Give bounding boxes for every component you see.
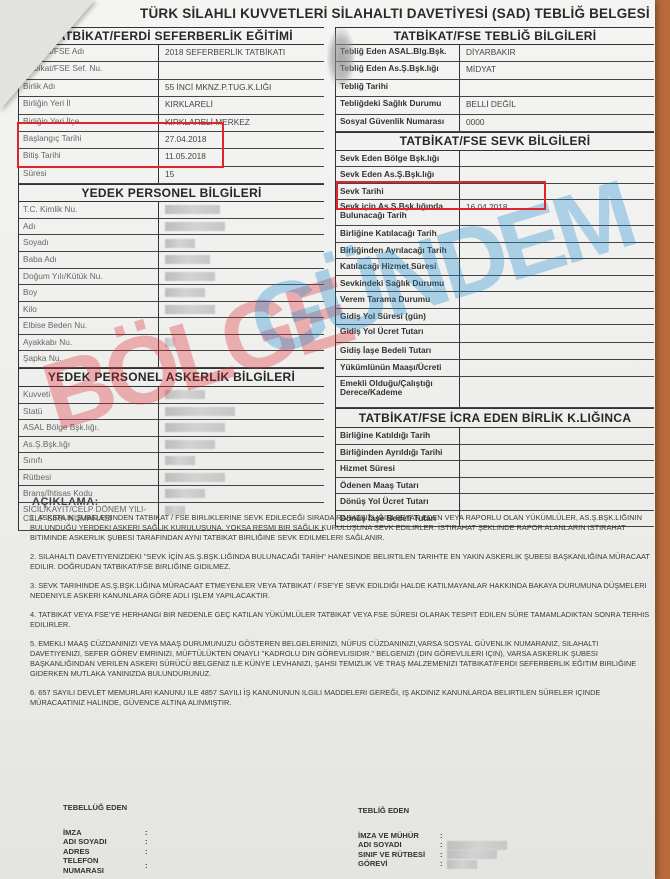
redacted-value	[447, 860, 477, 869]
field-label: Adı	[19, 219, 159, 235]
form-row: Tebliğ Tarihi	[336, 80, 654, 97]
field-value	[159, 202, 324, 218]
field-label: Şapka Nu.	[19, 351, 159, 367]
field-label: Doğum Yılı/Kütük Nu.	[19, 269, 159, 285]
signature-field-value	[152, 856, 156, 875]
field-label: Birliğinden Ayrıldığı Tarihi	[336, 445, 460, 461]
field-value	[460, 478, 654, 494]
signature-field: GÖREVİ:	[358, 859, 511, 869]
field-label: Baba Adı	[19, 252, 159, 268]
signature-field-value	[447, 831, 511, 841]
field-value: 2018 SEFERBERLİK TATBİKATI	[159, 45, 324, 61]
field-label: Yükümlünün Maaşı/Ücreti	[336, 360, 460, 376]
redacted-value	[165, 456, 195, 465]
signature-field-value	[447, 859, 511, 869]
field-label: Katılacağı Hizmet Süresi	[336, 259, 460, 275]
field-label: Statü	[19, 404, 159, 420]
field-value	[159, 351, 324, 367]
form-row: Ödenen Maaş Tutarı	[336, 478, 654, 495]
field-label: Sevkindeki Sağlık Durumu	[336, 276, 460, 292]
field-label: Süresi	[19, 167, 159, 183]
section-title-unit: TATBİKAT/FSE İCRA EDEN BİRLİK K.LIĞINCA	[336, 408, 654, 428]
redacted-value	[165, 222, 225, 231]
redacted-value	[447, 841, 507, 850]
explanation-section: AÇIKLAMA: 1. Askerlik şubelerinden tatbi…	[22, 497, 652, 717]
field-value	[460, 343, 654, 359]
signature-field-value	[447, 850, 511, 860]
field-value	[159, 252, 324, 268]
field-label: Kuvveti	[19, 387, 159, 403]
redacted-value	[165, 390, 205, 399]
form-row: Tebliğ Eden ASAL.Blg.Bşk.DİYARBAKIR	[336, 45, 654, 62]
form-row: Sınıfı	[19, 453, 324, 470]
explanation-item: 4. Tatbikat veya FSE'ye herhangi bir ned…	[30, 610, 652, 630]
signature-field-label: İMZA VE MÜHÜR	[358, 831, 440, 841]
section-title-notice: TATBİKAT/FSE TEBLİĞ BİLGİLERİ	[336, 27, 654, 45]
field-value: DİYARBAKIR	[460, 45, 654, 61]
form-row: Soyadı	[19, 235, 324, 252]
field-value	[159, 62, 324, 78]
signature-field-value	[152, 837, 156, 847]
field-label: Birliğinden Ayrılacağı Tarih	[336, 243, 460, 259]
section-title-dispatch: TATBİKAT/FSE SEVK BİLGİLERİ	[336, 132, 654, 151]
field-label: ASAL Bölge Bşk.lığı.	[19, 420, 159, 436]
signature-field-value	[447, 840, 511, 850]
field-value	[460, 360, 654, 376]
issuer-title: TEBLİĞ EDEN	[358, 806, 511, 816]
field-value	[159, 470, 324, 486]
signature-field: İMZA VE MÜHÜR:	[358, 831, 511, 841]
field-label: T.C. Kimlik Nu.	[19, 202, 159, 218]
highlight-training-dates	[17, 122, 224, 168]
field-value	[460, 292, 654, 308]
explanation-item: 3. Sevk tarihinde As.Ş.Bşk.lığına müraca…	[30, 581, 652, 601]
field-value: MİDYAT	[460, 62, 654, 78]
issuer-signature-block: TEBLİĞ EDEN İMZA VE MÜHÜR:ADI SOYADI:SIN…	[358, 806, 511, 869]
redacted-value	[447, 850, 497, 859]
form-row: Katılacağı Hizmet Süresi	[336, 259, 654, 276]
emblem-stamp	[327, 28, 355, 88]
field-label: Gidiş Yol Süresi (gün)	[336, 309, 460, 325]
field-label: Boy	[19, 285, 159, 301]
form-row: ASAL Bölge Bşk.lığı.	[19, 420, 324, 437]
form-row: Gidiş Yol Ücret Tutarı	[336, 325, 654, 343]
field-value	[159, 318, 324, 334]
signature-field-label: ADI SOYADI	[358, 840, 440, 850]
field-value	[159, 302, 324, 318]
redacted-value	[165, 205, 220, 214]
form-row: Emekli Olduğu/Çalıştığı Derece/Kademe	[336, 377, 654, 408]
field-label: Gidiş Yol Ücret Tutarı	[336, 325, 460, 342]
field-value	[460, 276, 654, 292]
signature-field-value	[152, 847, 156, 857]
field-value	[159, 387, 324, 403]
form-row: Birliğine Katılacağı Tarih	[336, 226, 654, 243]
form-row: Doğum Yılı/Kütük Nu.	[19, 269, 324, 286]
field-label: Sosyal Güvenlik Numarası	[336, 115, 460, 131]
field-label: Soyadı	[19, 235, 159, 251]
document-title: TÜRK SİLAHLI KUVVETLERİ SİLAHALTI DAVETİ…	[140, 6, 650, 21]
field-label: Sevk Eden Bölge Bşk.lığı	[336, 151, 460, 167]
signature-field: ADI SOYADI:	[358, 840, 511, 850]
right-column: TATBİKAT/FSE TEBLİĞ BİLGİLERİ Tebliğ Ede…	[335, 27, 654, 527]
form-row: Rütbesi	[19, 470, 324, 487]
field-label: Ayakkabı Nu.	[19, 335, 159, 351]
redacted-value	[165, 255, 210, 264]
personnel-rows: T.C. Kimlik Nu.AdıSoyadıBaba AdıDoğum Yı…	[19, 202, 324, 368]
form-row: Ayakkabı Nu.	[19, 335, 324, 352]
form-row: Elbise Beden Nu.	[19, 318, 324, 335]
explanation-item: 1. Askerlik şubelerinden tatbikat / FSE …	[30, 513, 652, 543]
form-row: Tebliğ Eden As.Ş.Bşk.lığıMİDYAT	[336, 62, 654, 79]
field-value	[460, 226, 654, 242]
field-label: As.Ş.Bşk.lığı	[19, 437, 159, 453]
signature-field-label: GÖREVİ	[358, 859, 440, 869]
redacted-value	[165, 473, 225, 482]
form-row: Hizmet Süresi	[336, 461, 654, 478]
redacted-value	[165, 423, 225, 432]
form-row: Sevk Eden Bölge Bşk.lığı	[336, 151, 654, 168]
signature-field-label: TELEFON NUMARASI	[63, 856, 145, 875]
explanation-title: AÇIKLAMA:	[32, 497, 652, 507]
explanation-items: 1. Askerlik şubelerinden tatbikat / FSE …	[22, 513, 652, 708]
field-label: Kilo	[19, 302, 159, 318]
field-value: 55 İNCİ MKNZ.P.TUG.K.LIĞI	[159, 80, 324, 96]
form-row: Şapka Nu.	[19, 351, 324, 368]
field-value	[460, 309, 654, 325]
explanation-item: 6. 657 sayılı Devlet Memurları Kanunu il…	[30, 688, 652, 708]
signature-field-label: SINIF VE RÜTBESİ	[358, 850, 440, 860]
field-value	[460, 80, 654, 96]
signature-field-label: ADI SOYADI	[63, 837, 145, 847]
form-row: T.C. Kimlik Nu.	[19, 202, 324, 219]
field-label: Rütbesi	[19, 470, 159, 486]
field-value	[460, 428, 654, 444]
field-value	[460, 259, 654, 275]
field-value	[159, 420, 324, 436]
signature-field: ADRES:	[63, 847, 156, 857]
field-value	[460, 445, 654, 461]
issuer-fields: İMZA VE MÜHÜR:ADI SOYADI:SINIF VE RÜTBES…	[358, 831, 511, 869]
field-value	[159, 404, 324, 420]
signature-field-label: İMZA	[63, 828, 145, 838]
field-label: Birliğine Katıldığı Tarih	[336, 428, 460, 444]
field-value	[460, 377, 654, 407]
signature-field: İMZA:	[63, 828, 156, 838]
field-value	[159, 437, 324, 453]
signature-field: TELEFON NUMARASI:	[63, 856, 156, 875]
form-row: Baba Adı	[19, 252, 324, 269]
section-title-military: YEDEK PERSONEL ASKERLİK BİLGİLERİ	[19, 368, 324, 387]
field-value: BELLİ DEĞİL	[460, 97, 654, 113]
form-row: Birliğine Katıldığı Tarih	[336, 428, 654, 445]
form-row: Gidiş İaşe Bedeli Tutarı	[336, 343, 654, 360]
folded-corner	[0, 0, 95, 110]
field-value	[460, 461, 654, 477]
form-row: Sevkindeki Sağlık Durumu	[336, 276, 654, 293]
form-row: Yükümlünün Maaşı/Ücreti	[336, 360, 654, 377]
highlight-report-date	[336, 181, 546, 210]
field-label: Birliğine Katılacağı Tarih	[336, 226, 460, 242]
redacted-value	[165, 338, 175, 347]
field-value	[460, 325, 654, 342]
form-row: Süresi15	[19, 167, 324, 184]
explanation-item: 2. Silahaltı davetiyenizdeki "SEVK İÇİN …	[30, 552, 652, 572]
signature-field-label: ADRES	[63, 847, 145, 857]
field-value: 15	[159, 167, 324, 183]
explanation-item: 5. Emekli maaş cüzdanınızı veya maaş dur…	[30, 639, 652, 679]
section-title-personnel: YEDEK PERSONEL BİLGİLERİ	[19, 184, 324, 202]
form-row: Verem Tarama Durumu	[336, 292, 654, 309]
form-row: Adı	[19, 219, 324, 236]
redacted-value	[165, 440, 215, 449]
form-row: Statü	[19, 404, 324, 421]
signature-field-value	[152, 828, 156, 838]
field-label: Emekli Olduğu/Çalıştığı Derece/Kademe	[336, 377, 460, 407]
signature-field: ADI SOYADI:	[63, 837, 156, 847]
notice-rows: Tebliğ Eden ASAL.Blg.Bşk.DİYARBAKIRTebli…	[336, 45, 654, 132]
field-value	[460, 151, 654, 167]
redacted-value	[165, 407, 235, 416]
receiver-title: TEBELLÜĞ EDEN	[63, 803, 156, 813]
field-label: Ödenen Maaş Tutarı	[336, 478, 460, 494]
field-value	[159, 269, 324, 285]
redacted-value	[165, 239, 195, 248]
form-row: Tebliğdeki Sağlık DurumuBELLİ DEĞİL	[336, 97, 654, 114]
field-value: 0000	[460, 115, 654, 131]
field-value	[159, 235, 324, 251]
form-row: Kilo	[19, 302, 324, 319]
form-row: Sosyal Güvenlik Numarası0000	[336, 115, 654, 132]
form-row: Kuvveti	[19, 387, 324, 404]
form-row: Boy	[19, 285, 324, 302]
field-label: Hizmet Süresi	[336, 461, 460, 477]
form-row: Gidiş Yol Süresi (gün)	[336, 309, 654, 326]
form-row: Birliğinden Ayrılacağı Tarih	[336, 243, 654, 260]
field-value: KIRKLARELİ	[159, 97, 324, 113]
field-value	[159, 219, 324, 235]
receiver-fields: İMZA:ADI SOYADI:ADRES:TELEFON NUMARASI:	[63, 828, 156, 876]
field-label: Tebliğdeki Sağlık Durumu	[336, 97, 460, 113]
field-value	[159, 453, 324, 469]
signature-field: SINIF VE RÜTBESİ:	[358, 850, 511, 860]
field-value	[460, 243, 654, 259]
field-label: Gidiş İaşe Bedeli Tutarı	[336, 343, 460, 359]
form-row: Birliğinden Ayrıldığı Tarihi	[336, 445, 654, 462]
receiver-signature-block: TEBELLÜĞ EDEN İMZA:ADI SOYADI:ADRES:TELE…	[63, 803, 156, 875]
field-value	[159, 285, 324, 301]
redacted-value	[165, 288, 205, 297]
notification-document: TÜRK SİLAHLI KUVVETLERİ SİLAHALTI DAVETİ…	[0, 0, 655, 879]
form-row: As.Ş.Bşk.lığı	[19, 437, 324, 454]
field-label: Verem Tarama Durumu	[336, 292, 460, 308]
field-label: Elbise Beden Nu.	[19, 318, 159, 334]
redacted-value	[165, 305, 215, 314]
field-value	[159, 335, 324, 351]
field-label: Sınıfı	[19, 453, 159, 469]
redacted-value	[165, 272, 215, 281]
